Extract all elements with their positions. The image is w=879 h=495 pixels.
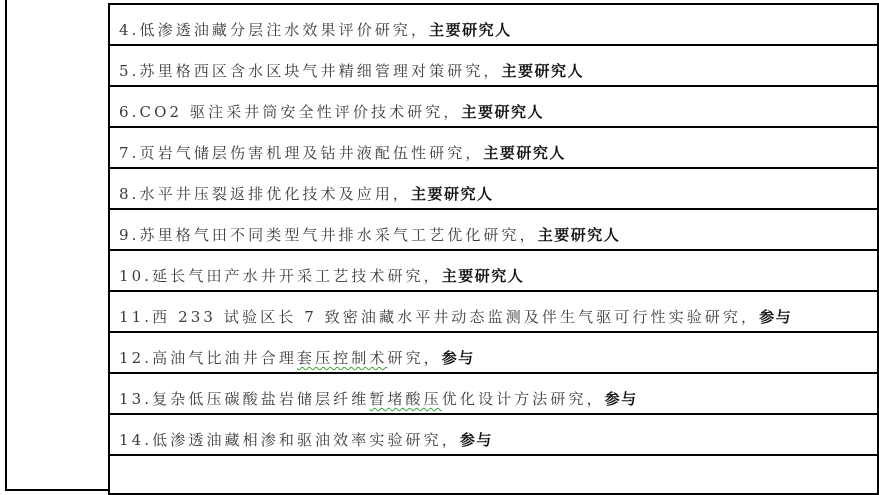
table-row: 9. 苏里格气田不同类型气井排水采气工艺优化研究， 主要研究人: [110, 210, 877, 251]
table-row: 4. 低渗透油藏分层注水效果评价研究， 主要研究人: [110, 5, 877, 46]
table-row: 6. CO2 驱注采井筒安全性评价技术研究， 主要研究人: [110, 87, 877, 128]
item-title: 延长气田产水井开采工艺技术研究，: [152, 265, 442, 286]
item-title: CO2 驱注采井筒安全性评价技术研究，: [140, 101, 462, 122]
item-number: 14.: [119, 431, 152, 449]
grammar-flagged-text[interactable]: 暂堵酸压: [369, 388, 441, 409]
document-page: 4. 低渗透油藏分层注水效果评价研究， 主要研究人 5. 苏里格西区含水区块气井…: [0, 0, 879, 495]
item-role: 主要研究人: [411, 183, 494, 204]
item-role: 参与: [759, 306, 792, 327]
item-number: 9.: [119, 226, 140, 244]
item-role: 参与: [605, 388, 638, 409]
item-title: 西 233 试验区长 7 致密油藏水平井动态监测及伴生气驱可行性实验研究，: [152, 306, 759, 327]
item-role: 参与: [442, 347, 475, 368]
table-row: 10. 延长气田产水井开采工艺技术研究， 主要研究人: [110, 251, 877, 292]
item-title: 苏里格气田不同类型气井排水采气工艺优化研究，: [140, 224, 538, 245]
item-number: 10.: [119, 267, 152, 285]
item-title-start: 高油气比油井合理: [152, 347, 297, 368]
item-number: 8.: [119, 185, 140, 203]
item-role: 主要研究人: [462, 101, 545, 122]
table-row: 8. 水平井压裂返排优化技术及应用， 主要研究人: [110, 169, 877, 210]
table-row: 11. 西 233 试验区长 7 致密油藏水平井动态监测及伴生气驱可行性实验研究…: [110, 292, 877, 333]
item-role: 主要研究人: [538, 224, 621, 245]
item-title: 低渗透油藏分层注水效果评价研究，: [140, 19, 430, 40]
item-role: 参与: [460, 429, 493, 450]
item-number: 7.: [119, 144, 140, 162]
item-role: 主要研究人: [429, 19, 512, 40]
item-number: 4.: [119, 21, 140, 39]
item-role: 主要研究人: [483, 142, 566, 163]
empty-table-row[interactable]: [110, 456, 877, 495]
table-label-column: [5, 0, 110, 491]
item-title-start: 复杂低压碳酸盐岩储层纤维: [152, 388, 369, 409]
item-title: 水平井压裂返排优化技术及应用，: [140, 183, 412, 204]
table-row: 7. 页岩气储层伤害机理及钻井液配伍性研究， 主要研究人: [110, 128, 877, 169]
item-role: 主要研究人: [502, 60, 585, 81]
table-row: 13. 复杂低压碳酸盐岩储层纤维 暂堵酸压 优化设计方法研究， 参与: [110, 374, 877, 415]
item-title: 低渗透油藏相渗和驱油效率实验研究，: [152, 429, 460, 450]
table-row: 12. 高油气比油井合理 套压控制术 研究， 参与: [110, 333, 877, 374]
item-title-end: 研究，: [387, 347, 441, 368]
table-row: 14. 低渗透油藏相渗和驱油效率实验研究， 参与: [110, 415, 877, 456]
grammar-flagged-text[interactable]: 套压控制术: [297, 347, 388, 368]
table-row: 5. 苏里格西区含水区块气井精细管理对策研究， 主要研究人: [110, 46, 877, 87]
project-list-table: 4. 低渗透油藏分层注水效果评价研究， 主要研究人 5. 苏里格西区含水区块气井…: [108, 3, 879, 495]
item-number: 13.: [119, 390, 152, 408]
item-number: 12.: [119, 349, 152, 367]
item-number: 11.: [119, 308, 152, 326]
item-number: 6.: [119, 103, 140, 121]
item-title: 页岩气储层伤害机理及钻井液配伍性研究，: [140, 142, 484, 163]
item-title: 苏里格西区含水区块气井精细管理对策研究，: [140, 60, 502, 81]
item-number: 5.: [119, 62, 140, 80]
item-role: 主要研究人: [442, 265, 525, 286]
item-title-end: 优化设计方法研究，: [442, 388, 605, 409]
